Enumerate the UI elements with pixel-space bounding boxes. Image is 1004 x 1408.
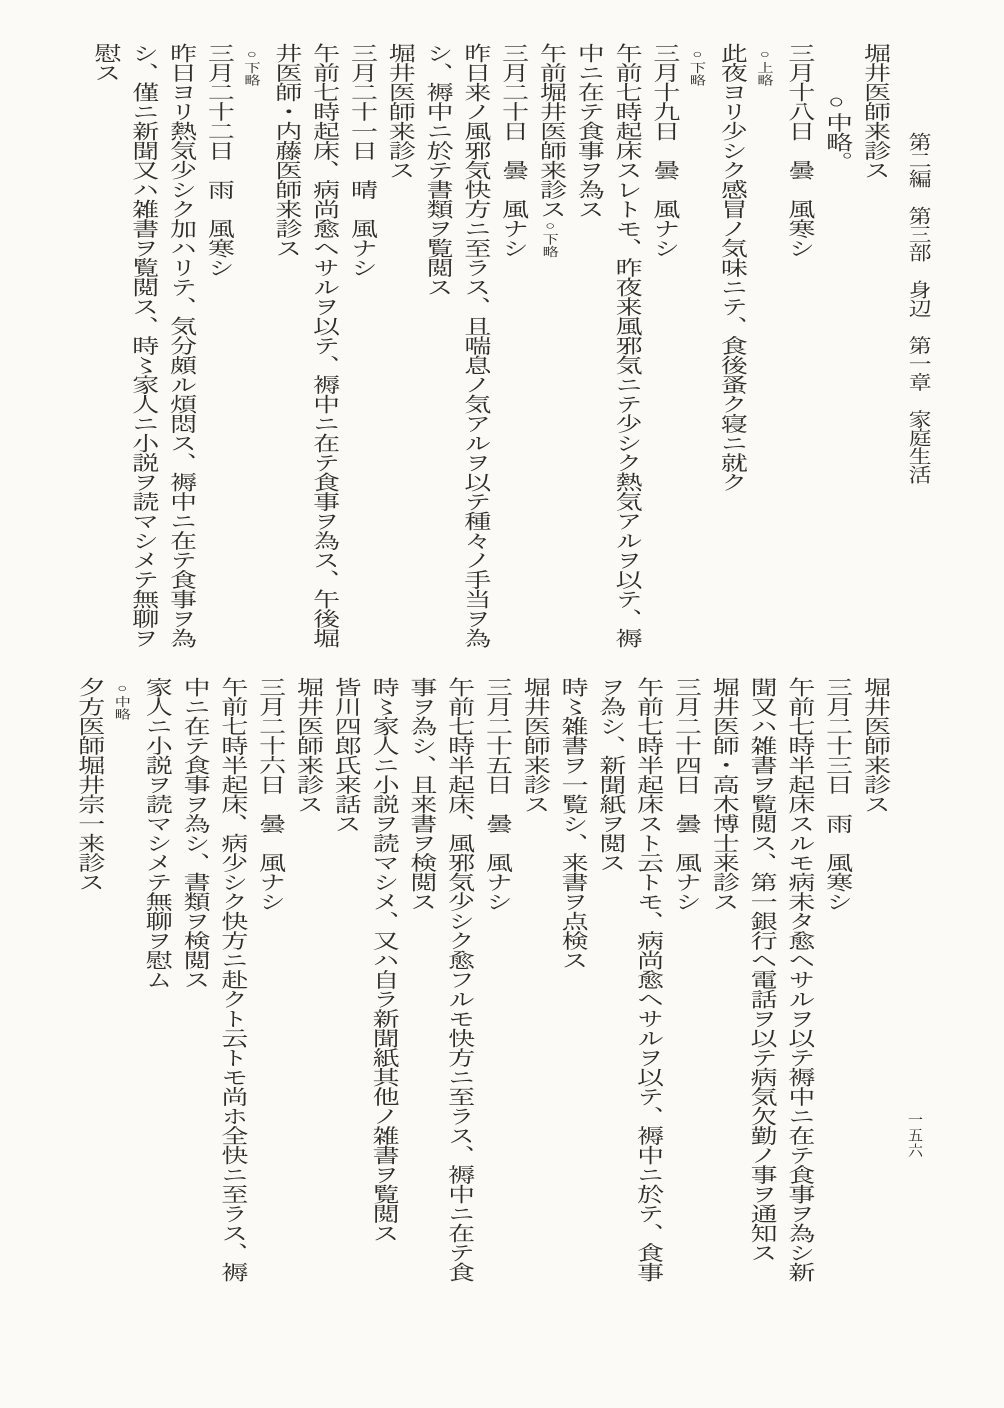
page-number: 一五六 [904, 1112, 925, 1159]
line-text: 午前七時半起床スト云トモ、病尚愈ヘサルヲ以テ、褥中ニ於テ、食事 [632, 677, 662, 1282]
line-text: ○下略 [688, 47, 707, 87]
text-line: 時〻家人ニ小説ヲ読マシメ、又ハ自ラ新聞紙其他ノ雑書ヲ覧閲ス [364, 677, 402, 1317]
line-text: シ、褥中ニ於テ書類ヲ覧閲ス [422, 43, 452, 297]
line-text: 三月二十二日 雨 風寒シ [203, 43, 233, 277]
text-line: 三月十九日 曇 風ナシ [645, 43, 683, 665]
text-line: 堀井医師来診ス [288, 677, 326, 1317]
text-line: シ、僅ニ新聞又ハ雑書ヲ覧閲ス、時〻家人ニ小説ヲ読マシメテ無聊ヲ [124, 43, 162, 665]
line-text: 此夜ヨリ少シク感冒ノ気味ニテ、食後蚤ク寝ニ就ク [716, 43, 746, 492]
text-line: 聞又ハ雑書ヲ覧閲ス、第一銀行ヘ電話ヲ以テ病気欠勤ノ事ヲ通知ス [742, 677, 780, 1317]
line-text: 井医師・内藤医師来診ス [271, 43, 301, 258]
text-line: 事ヲ為シ、且来書ヲ検閲ス [402, 677, 440, 1317]
line-text: 午前堀井医師来診ス [535, 43, 565, 219]
line-text: 堀井医師来診ス [859, 677, 889, 814]
line-text: 堀井医師来診ス [859, 43, 889, 180]
text-line: 時〻雑書ヲ一覧シ、来書ヲ点検ス [553, 677, 591, 1317]
text-line: 三月二十二日 雨 風寒シ [199, 43, 237, 665]
line-text: 三月二十日 曇 風ナシ [497, 43, 527, 258]
line-text: 午前七時半起床、病少シク快方ニ赴クト云トモ尚ホ全快ニ至ラス、褥 [217, 677, 247, 1282]
line-text: 事ヲ為シ、且来書ヲ検閲ス [406, 677, 436, 911]
abbreviation-note-line: ○上略 [750, 43, 780, 665]
diary-top-block: 堀井医師来診ス○中略。三月十八日 曇 風寒シ○上略此夜ヨリ少シク感冒ノ気味ニテ、… [86, 43, 893, 665]
line-text: 昨日ヨリ熱気少シク加ハリテ、気分頗ル煩悶ス、褥中ニ在テ食事ヲ為 [165, 43, 195, 648]
line-text: ○上略 [755, 47, 774, 87]
text-line: 家人ニ小説ヲ読マシメテ無聊ヲ慰ム [137, 677, 175, 1317]
text-line: 堀井医師来診ス [380, 43, 418, 665]
text-line: シ、褥中ニ於テ書類ヲ覧閲ス [418, 43, 456, 665]
line-text: 午前七時起床スレトモ、昨夜来風邪気ニテ少シク熱気アルヲ以テ、褥 [611, 43, 641, 648]
text-line: ○中略。 [817, 43, 855, 665]
line-text: ○中略 [113, 681, 132, 721]
line-text: 三月十九日 曇 風ナシ [649, 43, 679, 258]
line-text: 時〻雑書ヲ一覧シ、来書ヲ点検ス [557, 677, 587, 970]
abbreviation-note: ○下略 [541, 219, 560, 259]
text-line: 堀井医師・高木博士来診ス [704, 677, 742, 1317]
line-text: シ、僅ニ新聞又ハ雑書ヲ覧閲ス、時〻家人ニ小説ヲ読マシメテ無聊ヲ [128, 43, 158, 648]
line-text: 堀井医師来診ス [384, 43, 414, 180]
text-line: 三月二十五日 曇 風ナシ [477, 677, 515, 1317]
line-text: 三月二十五日 曇 風ナシ [481, 677, 511, 911]
line-text: ○下略 [242, 47, 261, 87]
text-line: 午前七時半起床、風邪気少シク愈フルモ快方ニ至ラス、褥中ニ在テ食 [439, 677, 477, 1317]
text-line: ヲ為シ、新聞紙ヲ閲ス [591, 677, 629, 1317]
line-text: 堀井医師来診ス [519, 677, 549, 814]
book-page: 第二編 第三部 身辺 第一章 家庭生活 堀井医師来診ス○中略。三月十八日 曇 風… [0, 0, 1004, 1408]
text-line: 午前七時半起床スト云トモ、病尚愈ヘサルヲ以テ、褥中ニ於テ、食事 [628, 677, 666, 1317]
line-text: 皆川四郎氏来話ス [330, 677, 360, 833]
text-line: 中ニ在テ食事ヲ為ス [569, 43, 607, 665]
line-text: 三月二十六日 曇 風ナシ [254, 677, 284, 911]
line-text: 慰ス [90, 43, 120, 82]
line-text: 時〻家人ニ小説ヲ読マシメ、又ハ自ラ新聞紙其他ノ雑書ヲ覧閲ス [368, 677, 398, 1243]
text-line: 三月二十四日 曇 風ナシ [666, 677, 704, 1317]
text-line: 慰ス [86, 43, 124, 665]
line-text: 中ニ在テ食事ヲ為シ、書類ヲ検閲ス [179, 677, 209, 989]
line-text: 堀井医師・高木博士来診ス [708, 677, 738, 911]
text-line: 井医師・内藤医師来診ス [267, 43, 305, 665]
text-line: 堀井医師来診ス [855, 43, 893, 665]
line-text: ○中略。 [821, 91, 851, 171]
text-line: 午前七時半起床、病少シク快方ニ赴クト云トモ尚ホ全快ニ至ラス、褥 [213, 677, 251, 1317]
line-text: 昨日来ノ風邪気快方ニ至ラス、且喘息ノ気アルヲ以テ種々ノ手当ヲ為 [460, 43, 490, 648]
text-line: 夕方医師堀井宗一来診ス [70, 677, 108, 1317]
chapter-header: 第二編 第三部 身辺 第一章 家庭生活 [902, 132, 934, 484]
line-text: 家人ニ小説ヲ読マシメテ無聊ヲ慰ム [141, 677, 171, 989]
line-text: 三月二十四日 曇 風ナシ [670, 677, 700, 911]
diary-bottom-block: 堀井医師来診ス三月二十三日 雨 風寒シ午前七時半起床スルモ病未タ愈ヘサルヲ以テ褥… [70, 677, 894, 1317]
line-text: 三月十八日 曇 風寒シ [784, 43, 814, 258]
text-line: 午前七時半起床スルモ病未タ愈ヘサルヲ以テ褥中ニ在テ食事ヲ為シ新 [780, 677, 818, 1317]
line-text: 午前七時起床、病尚愈ヘサルヲ以テ、褥中ニ在テ食事ヲ為ス、午後堀 [308, 43, 338, 648]
text-line: 昨日ヨリ熱気少シク加ハリテ、気分頗ル煩悶ス、褥中ニ在テ食事ヲ為 [161, 43, 199, 665]
abbreviation-note-line: ○下略 [237, 43, 267, 665]
text-line: 皆川四郎氏来話ス [326, 677, 364, 1317]
text-line: 午前七時起床スレトモ、昨夜来風邪気ニテ少シク熱気アルヲ以テ、褥 [607, 43, 645, 665]
text-line: 中ニ在テ食事ヲ為シ、書類ヲ検閲ス [175, 677, 213, 1317]
line-text: 夕方医師堀井宗一来診ス [74, 677, 104, 892]
line-text: 午前七時半起床、風邪気少シク愈フルモ快方ニ至ラス、褥中ニ在テ食 [443, 677, 473, 1282]
text-line: 三月二十一日 晴 風ナシ [342, 43, 380, 665]
line-text: ヲ為シ、新聞紙ヲ閲ス [595, 677, 625, 872]
text-line: 此夜ヨリ少シク感冒ノ気味ニテ、食後蚤ク寝ニ就ク [712, 43, 750, 665]
text-line: 堀井医師来診ス [515, 677, 553, 1317]
text-line: 昨日来ノ風邪気快方ニ至ラス、且喘息ノ気アルヲ以テ種々ノ手当ヲ為 [456, 43, 494, 665]
line-text: 中ニ在テ食事ヲ為ス [573, 43, 603, 219]
text-line: 三月十八日 曇 風寒シ [780, 43, 818, 665]
line-text: 三月二十三日 雨 風寒シ [821, 677, 851, 911]
line-text: 三月二十一日 晴 風ナシ [346, 43, 376, 277]
line-text: 聞又ハ雑書ヲ覧閲ス、第一銀行ヘ電話ヲ以テ病気欠勤ノ事ヲ通知ス [746, 677, 776, 1262]
abbreviation-note-line: ○下略 [682, 43, 712, 665]
text-line: 三月二十三日 雨 風寒シ [817, 677, 855, 1317]
text-line: 午前堀井医師来診ス○下略 [531, 43, 569, 665]
text-line: 午前七時起床、病尚愈ヘサルヲ以テ、褥中ニ在テ食事ヲ為ス、午後堀 [304, 43, 342, 665]
text-line: 三月二十六日 曇 風ナシ [250, 677, 288, 1317]
line-text: 午前七時半起床スルモ病未タ愈ヘサルヲ以テ褥中ニ在テ食事ヲ為シ新 [784, 677, 814, 1282]
text-line: 三月二十日 曇 風ナシ [493, 43, 531, 665]
text-line: 堀井医師来診ス [855, 677, 893, 1317]
line-text: 堀井医師来診ス [292, 677, 322, 814]
abbreviation-note-line: ○中略 [107, 677, 137, 1317]
